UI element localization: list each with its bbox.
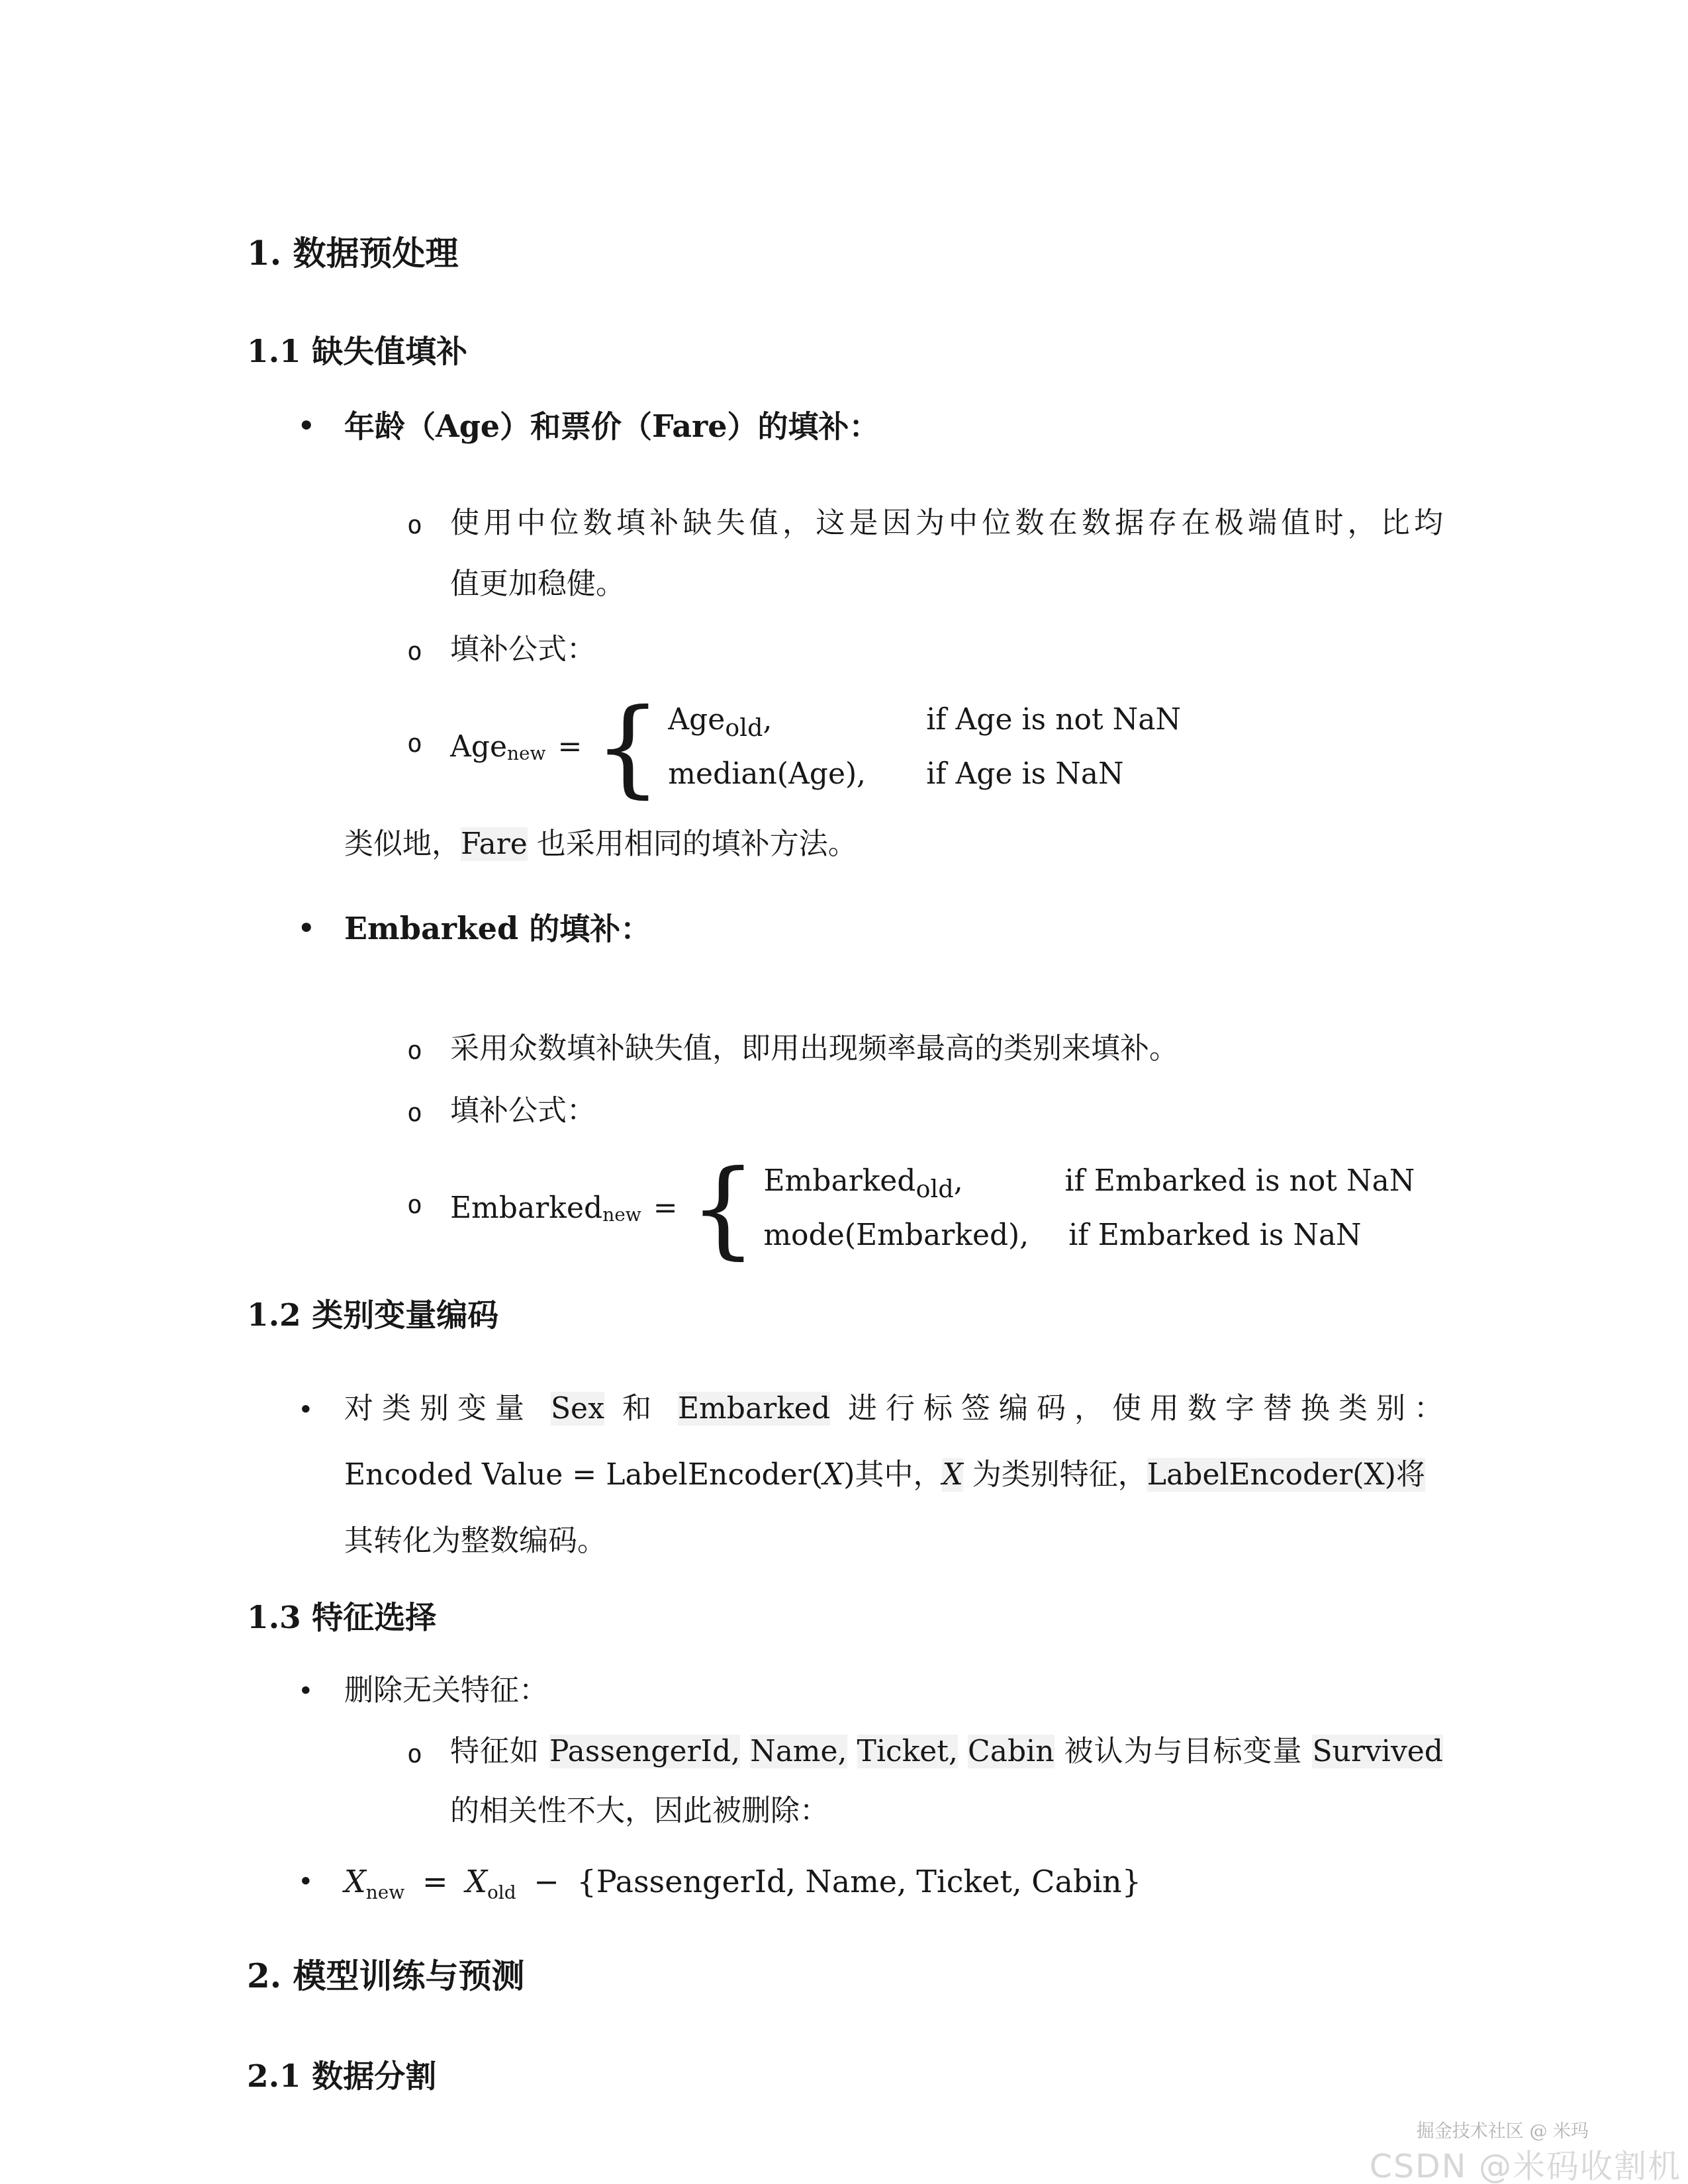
bullet-delete-features: • 删除无关特征： bbox=[247, 1670, 1443, 1711]
encoding-line-1: 对类别变量 Sex 和 Embarked 进行标签编码，使用数字替换类别： bbox=[344, 1376, 1443, 1442]
highlight-cabin: Cabin bbox=[968, 1735, 1054, 1768]
bullet-icon: • bbox=[298, 908, 315, 949]
highlight-name: Name, bbox=[750, 1735, 847, 1768]
highlight-labelencoder: LabelEncoder(X)将 bbox=[1147, 1458, 1425, 1492]
formula-set: {PassengerId, Name, Ticket, Cabin} bbox=[577, 1864, 1141, 1899]
expr-base: Embarked bbox=[763, 1164, 915, 1198]
formula-xnew: • Xnew = Xold − {PassengerId, Name, Tick… bbox=[247, 1860, 1443, 1915]
equals-sign: = bbox=[641, 1191, 690, 1225]
case-condition: if Age is not NaN bbox=[886, 697, 1181, 751]
highlight-passengerid: PassengerId, bbox=[549, 1735, 740, 1768]
case-row: Embarkedold, if Embarked is not NaN bbox=[763, 1158, 1415, 1212]
circle-bullet-icon: o bbox=[407, 1190, 422, 1219]
highlight-x: X bbox=[942, 1458, 962, 1492]
formula-embarked-base: Embarked bbox=[450, 1191, 602, 1225]
highlight-embarked: Embarked bbox=[678, 1392, 830, 1426]
left-brace: { bbox=[690, 1159, 757, 1258]
text-segment: 被认为与目标变量 bbox=[1055, 1735, 1313, 1768]
minus-sign: − bbox=[526, 1864, 567, 1899]
text-segment: 对类别变量 bbox=[344, 1392, 551, 1426]
bullet-embarked-label: Embarked 的填补： bbox=[344, 911, 651, 946]
formula-x-sub: new bbox=[366, 1882, 405, 1903]
heading-feature-select: 1.3 特征选择 bbox=[247, 1598, 1443, 1639]
formula-x-sub: old bbox=[487, 1882, 516, 1903]
case-condition: if Embarked is NaN bbox=[1029, 1212, 1361, 1259]
case-condition: if Embarked is not NaN bbox=[1025, 1158, 1415, 1212]
heading-missing-values: 1.1 缺失值填补 bbox=[247, 332, 1443, 373]
case-expr: mode(Embarked), bbox=[763, 1212, 1029, 1259]
text-segment bbox=[740, 1735, 750, 1768]
encoding-line-3: 其转化为整数编码。 bbox=[344, 1508, 1443, 1574]
document-page: 1. 数据预处理 1.1 缺失值填补 • 年龄（Age）和票价（Fare）的填补… bbox=[0, 0, 1688, 2184]
bullet-icon: • bbox=[298, 1394, 314, 1425]
text-segment: 和 bbox=[604, 1392, 678, 1426]
equals-sign: = bbox=[546, 730, 594, 764]
highlight-survived: Survived bbox=[1312, 1735, 1443, 1768]
circle-bullet-icon: o bbox=[407, 631, 422, 672]
case-row: median(Age), if Age is NaN bbox=[668, 751, 1181, 797]
heading-data-split: 2.1 数据分割 bbox=[247, 2056, 1443, 2097]
text-segment bbox=[847, 1735, 857, 1768]
text-segment: 为类别特征， bbox=[963, 1458, 1147, 1492]
heading-data-preprocess: 1. 数据预处理 bbox=[247, 232, 1443, 275]
left-brace: { bbox=[594, 698, 661, 797]
highlight-fare: Fare bbox=[461, 827, 528, 861]
case-expr: Ageold, bbox=[668, 697, 886, 751]
features-line-1: 特征如 PassengerId, Name, Ticket, Cabin 被认为… bbox=[450, 1722, 1443, 1782]
highlight-sex: Sex bbox=[551, 1392, 604, 1426]
case-expr: Embarkedold, bbox=[763, 1158, 1025, 1212]
formula-embarked-lhs: Embarkednew = bbox=[450, 1191, 690, 1225]
bullet-icon: • bbox=[298, 406, 315, 447]
heading-encoding: 1.2 类别变量编码 bbox=[247, 1295, 1443, 1336]
features-line-2: 的相关性不大，因此被删除： bbox=[450, 1782, 1443, 1841]
circle-bullet-icon: o bbox=[407, 1030, 422, 1071]
case-condition: if Age is NaN bbox=[886, 751, 1123, 797]
formula-age: o Agenew = { Ageold, if Age is not NaN m… bbox=[247, 697, 1443, 797]
similar-fare-paragraph: 类似地，Fare 也采用相同的填补方法。 bbox=[247, 824, 1443, 865]
mode-line: 采用众数填补缺失值，即用出现频率最高的类别来填补。 bbox=[450, 1032, 1178, 1066]
bullet-icon: • bbox=[298, 1670, 314, 1711]
bullet-embarked: • Embarked 的填补： bbox=[247, 908, 1443, 949]
bullet-icon: • bbox=[298, 1860, 314, 1903]
expr-sub: old bbox=[725, 713, 763, 742]
highlight-ticket: Ticket, bbox=[857, 1735, 958, 1768]
text-segment: 也采用相同的填补方法。 bbox=[528, 827, 857, 861]
circle-bullet-icon: o bbox=[407, 729, 422, 758]
case-row: mode(Embarked), if Embarked is NaN bbox=[763, 1212, 1415, 1259]
text-segment: 类似地， bbox=[344, 827, 461, 861]
text-segment: 进行标签编码，使用数字替换类别： bbox=[830, 1392, 1443, 1426]
circle-bullet-icon: o bbox=[407, 1092, 422, 1133]
formula-age-cases: Ageold, if Age is not NaN median(Age), i… bbox=[668, 697, 1181, 797]
list-item-formula-label-2: o 填补公式： bbox=[247, 1091, 1443, 1132]
median-line-1: 使用中位数填补缺失值，这是因为中位数在数据存在极端值时，比均 bbox=[450, 493, 1443, 554]
encoding-line-2: Encoded Value = LabelEncoder(X)其中，X 为类别特… bbox=[344, 1442, 1443, 1508]
document-content: 1. 数据预处理 1.1 缺失值填补 • 年龄（Age）和票价（Fare）的填补… bbox=[247, 232, 1443, 2097]
bullet-encoding-paragraph: • 对类别变量 Sex 和 Embarked 进行标签编码，使用数字替换类别： … bbox=[247, 1376, 1443, 1574]
bullet-age-fare: • 年龄（Age）和票价（Fare）的填补： bbox=[247, 406, 1443, 447]
expr-base: Age bbox=[668, 703, 725, 737]
case-expr: median(Age), bbox=[668, 751, 886, 797]
list-item-features: o 特征如 PassengerId, Name, Ticket, Cabin 被… bbox=[247, 1722, 1443, 1841]
bullet-age-fare-label: 年龄（Age）和票价（Fare）的填补： bbox=[344, 408, 880, 444]
expr-tail: , bbox=[763, 703, 772, 737]
median-paragraph: 使用中位数填补缺失值，这是因为中位数在数据存在极端值时，比均 值更加稳健。 bbox=[450, 493, 1443, 615]
formula-embarked-cases: Embarkedold, if Embarked is not NaN mode… bbox=[763, 1158, 1415, 1259]
heading-model-training: 2. 模型训练与预测 bbox=[247, 1954, 1443, 1998]
text-segment: )其中， bbox=[843, 1458, 942, 1492]
text-segment bbox=[958, 1735, 968, 1768]
case-row: Ageold, if Age is not NaN bbox=[668, 697, 1181, 751]
circle-bullet-icon: o bbox=[407, 1739, 422, 1768]
expr-tail: , bbox=[954, 1164, 963, 1198]
formula-age-lhs: Agenew = bbox=[450, 730, 594, 764]
equals-sign: = bbox=[414, 1864, 456, 1899]
median-line-2: 值更加稳健。 bbox=[450, 554, 1443, 615]
expr-sub: old bbox=[916, 1175, 954, 1203]
formula-x-base: X bbox=[344, 1864, 366, 1899]
list-item-formula-label: o 填补公式： bbox=[247, 629, 1443, 670]
text-segment: Encoded Value = LabelEncoder( bbox=[344, 1458, 823, 1492]
formula-label: 填补公式： bbox=[450, 1094, 596, 1128]
features-paragraph: 特征如 PassengerId, Name, Ticket, Cabin 被认为… bbox=[450, 1722, 1443, 1841]
math-x: X bbox=[823, 1458, 843, 1492]
circle-bullet-icon: o bbox=[407, 494, 422, 555]
list-item-mode: o 采用众数填补缺失值，即用出现频率最高的类别来填补。 bbox=[247, 1028, 1443, 1069]
text-segment: 特征如 bbox=[450, 1735, 549, 1768]
watermark-juejin: 掘金技术社区 @ 米玛 bbox=[1417, 2116, 1589, 2142]
list-item-median: o 使用中位数填补缺失值，这是因为中位数在数据存在极端值时，比均 值更加稳健。 bbox=[247, 493, 1443, 615]
delete-features-label: 删除无关特征： bbox=[344, 1674, 548, 1707]
formula-embarked: o Embarkednew = { Embarkedold, if Embark… bbox=[247, 1158, 1443, 1259]
formula-label: 填补公式： bbox=[450, 633, 596, 666]
formula-x-base: X bbox=[465, 1864, 487, 1899]
formula-age-base: Age bbox=[450, 730, 507, 764]
watermark-csdn: CSDN @米码收割机 bbox=[1370, 2141, 1681, 2184]
